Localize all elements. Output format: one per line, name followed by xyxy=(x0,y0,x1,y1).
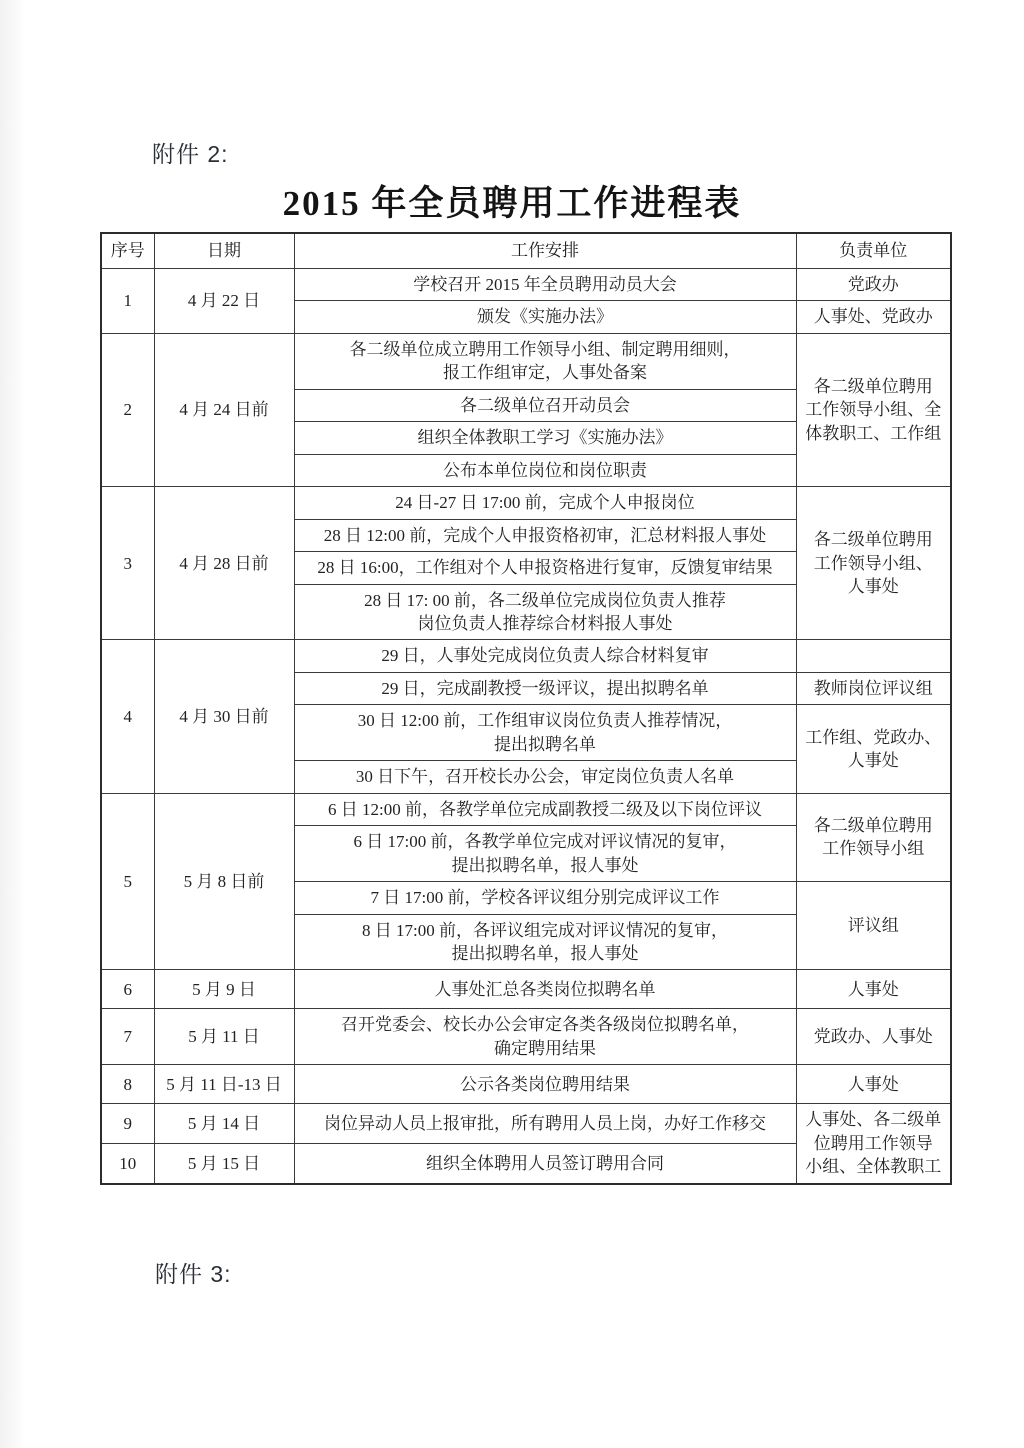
header-work-arrangement: 工作安排 xyxy=(294,233,796,269)
cell-num: 9 xyxy=(101,1104,154,1144)
cell-num: 1 xyxy=(101,269,154,334)
cell-task: 各二级单位召开动员会 xyxy=(294,389,796,421)
header-index: 序号 xyxy=(101,233,154,269)
cell-resp: 人事处 xyxy=(796,970,951,1009)
cell-task: 岗位异动人员上报审批，所有聘用人员上岗，办好工作移交 xyxy=(294,1104,796,1144)
cell-resp: 各二级单位聘用 工作领导小组 xyxy=(796,793,951,881)
cell-date: 5 月 14 日 xyxy=(154,1104,294,1144)
cell-num: 6 xyxy=(101,970,154,1009)
table-header-row: 序号 日期 工作安排 负责单位 xyxy=(101,233,951,269)
cell-date: 4 月 22 日 xyxy=(154,269,294,334)
cell-resp: 人事处、党政办 xyxy=(796,301,951,333)
cell-resp: 人事处 xyxy=(796,1065,951,1104)
cell-task: 召开党委会、校长办公会审定各类各级岗位拟聘名单， 确定聘用结果 xyxy=(294,1009,796,1065)
cell-task: 30 日下午，召开校长办公会，审定岗位负责人名单 xyxy=(294,761,796,793)
table-row: 44 月 30 日前29 日，人事处完成岗位负责人综合材料复审 xyxy=(101,640,951,672)
cell-num: 3 xyxy=(101,487,154,640)
cell-num: 10 xyxy=(101,1144,154,1184)
attachment3-label: 附件 3: xyxy=(155,1256,232,1289)
cell-resp: 工作组、党政办、 人事处 xyxy=(796,705,951,793)
table-row: 14 月 22 日学校召开 2015 年全员聘用动员大会党政办 xyxy=(101,269,951,301)
cell-resp: 各二级单位聘用 工作领导小组、 人事处 xyxy=(796,487,951,640)
table-row: 65 月 9 日人事处汇总各类岗位拟聘名单人事处 xyxy=(101,970,951,1009)
cell-resp: 人事处、各二级单 位聘用工作领导 小组、全体教职工 xyxy=(796,1104,951,1184)
cell-task: 人事处汇总各类岗位拟聘名单 xyxy=(294,970,796,1009)
document-title: 2015 年全员聘用工作进程表 xyxy=(0,176,1024,226)
table-row: 34 月 28 日前24 日-27 日 17:00 前，完成个人申报岗位各二级单… xyxy=(101,487,951,519)
cell-date: 5 月 11 日-13 日 xyxy=(154,1065,294,1104)
cell-resp: 党政办、人事处 xyxy=(796,1009,951,1065)
cell-resp: 各二级单位聘用 工作领导小组、全 体教职工、工作组 xyxy=(796,333,951,486)
schedule-table: 序号 日期 工作安排 负责单位 14 月 22 日学校召开 2015 年全员聘用… xyxy=(100,232,952,1185)
cell-task: 公布本单位岗位和岗位职责 xyxy=(294,454,796,486)
cell-num: 5 xyxy=(101,793,154,970)
table-row: 85 月 11 日-13 日公示各类岗位聘用结果人事处 xyxy=(101,1065,951,1104)
cell-task: 30 日 12:00 前，工作组审议岗位负责人推荐情况， 提出拟聘名单 xyxy=(294,705,796,761)
cell-resp: 评议组 xyxy=(796,882,951,970)
cell-date: 4 月 24 日前 xyxy=(154,333,294,486)
cell-num: 2 xyxy=(101,333,154,486)
cell-task: 28 日 16:00，工作组对个人申报资格进行复审，反馈复审结果 xyxy=(294,552,796,584)
header-responsible-unit: 负责单位 xyxy=(796,233,951,269)
cell-num: 4 xyxy=(101,640,154,793)
header-date: 日期 xyxy=(154,233,294,269)
cell-task: 8 日 17:00 前，各评议组完成对评议情况的复审， 提出拟聘名单，报人事处 xyxy=(294,914,796,970)
cell-task: 28 日 12:00 前，完成个人申报资格初审，汇总材料报人事处 xyxy=(294,519,796,551)
cell-task: 28 日 17: 00 前，各二级单位完成岗位负责人推荐 岗位负责人推荐综合材料… xyxy=(294,584,796,640)
cell-task: 学校召开 2015 年全员聘用动员大会 xyxy=(294,269,796,301)
cell-task: 6 日 17:00 前，各教学单位完成对评议情况的复审， 提出拟聘名单，报人事处 xyxy=(294,826,796,882)
table-row: 75 月 11 日召开党委会、校长办公会审定各类各级岗位拟聘名单， 确定聘用结果… xyxy=(101,1009,951,1065)
cell-date: 5 月 9 日 xyxy=(154,970,294,1009)
table-row: 24 月 24 日前各二级单位成立聘用工作领导小组、制定聘用细则， 报工作组审定… xyxy=(101,333,951,389)
cell-num: 7 xyxy=(101,1009,154,1065)
attachment2-label: 附件 2: xyxy=(152,136,229,169)
cell-task: 颁发《实施办法》 xyxy=(294,301,796,333)
table-row: 55 月 8 日前6 日 12:00 前，各教学单位完成副教授二级及以下岗位评议… xyxy=(101,793,951,825)
cell-task: 公示各类岗位聘用结果 xyxy=(294,1065,796,1104)
cell-date: 4 月 28 日前 xyxy=(154,487,294,640)
cell-task: 7 日 17:00 前，学校各评议组分别完成评议工作 xyxy=(294,882,796,914)
cell-task: 29 日，完成副教授一级评议，提出拟聘名单 xyxy=(294,672,796,704)
cell-date: 5 月 8 日前 xyxy=(154,793,294,970)
cell-resp: 教师岗位评议组 xyxy=(796,672,951,704)
cell-task: 29 日，人事处完成岗位负责人综合材料复审 xyxy=(294,640,796,672)
cell-num: 8 xyxy=(101,1065,154,1104)
cell-resp xyxy=(796,640,951,672)
cell-task: 组织全体聘用人员签订聘用合同 xyxy=(294,1144,796,1184)
cell-date: 4 月 30 日前 xyxy=(154,640,294,793)
cell-task: 6 日 12:00 前，各教学单位完成副教授二级及以下岗位评议 xyxy=(294,793,796,825)
cell-task: 组织全体教职工学习《实施办法》 xyxy=(294,422,796,454)
table-row: 95 月 14 日岗位异动人员上报审批，所有聘用人员上岗，办好工作移交人事处、各… xyxy=(101,1104,951,1144)
cell-resp: 党政办 xyxy=(796,269,951,301)
cell-task: 24 日-27 日 17:00 前，完成个人申报岗位 xyxy=(294,487,796,519)
cell-date: 5 月 11 日 xyxy=(154,1009,294,1065)
cell-date: 5 月 15 日 xyxy=(154,1144,294,1184)
schedule-table-body: 14 月 22 日学校召开 2015 年全员聘用动员大会党政办颁发《实施办法》人… xyxy=(101,269,951,1184)
cell-task: 各二级单位成立聘用工作领导小组、制定聘用细则， 报工作组审定，人事处备案 xyxy=(294,333,796,389)
